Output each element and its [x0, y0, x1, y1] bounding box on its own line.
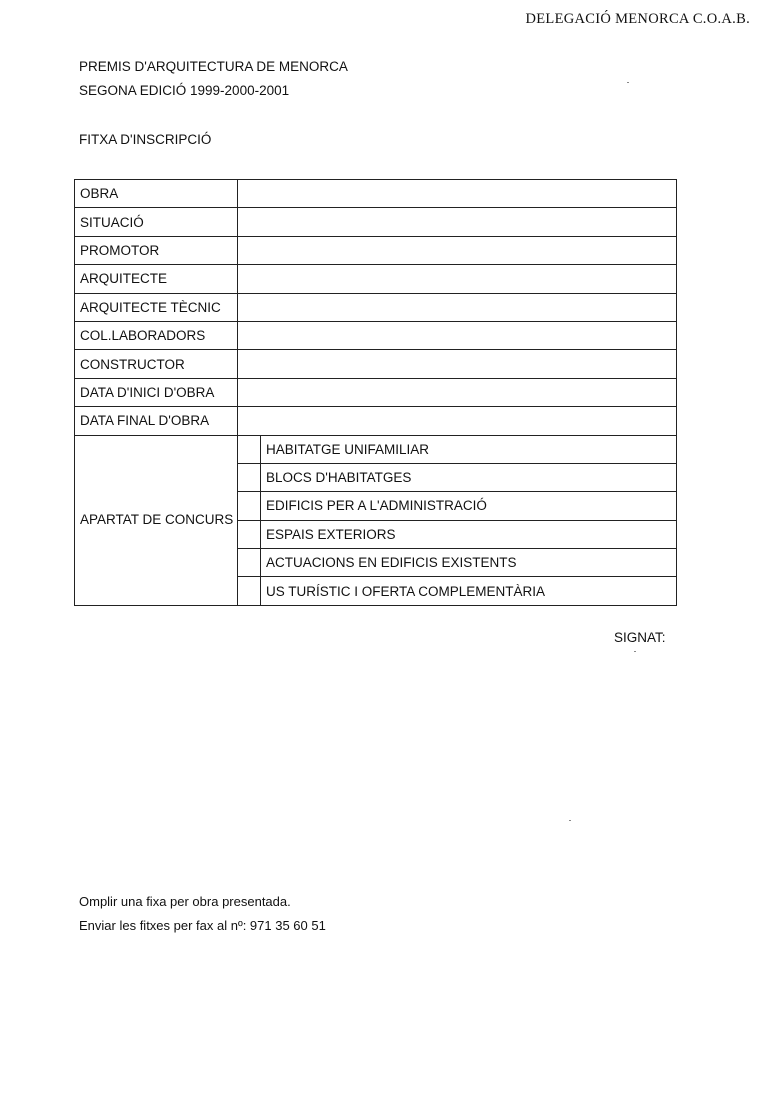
category-checkbox[interactable] [238, 463, 261, 491]
field-value-input[interactable] [238, 265, 677, 293]
category-option-label: BLOCS D'HABITATGES [261, 463, 677, 491]
category-checkbox[interactable] [238, 435, 261, 463]
form-row: DATA D'INICI D'OBRA [75, 378, 677, 406]
category-checkbox[interactable] [238, 492, 261, 520]
category-option-label: US TURÍSTIC I OFERTA COMPLEMENTÀRIA [261, 577, 677, 605]
form-row: DATA FINAL D'OBRA [75, 407, 677, 435]
field-label: DATA D'INICI D'OBRA [75, 378, 238, 406]
field-label: CONSTRUCTOR [75, 350, 238, 378]
form-row: CONSTRUCTOR [75, 350, 677, 378]
category-checkbox[interactable] [238, 577, 261, 605]
fax-instruction: Enviar les fitxes per fax al nº: 971 35 … [79, 918, 326, 933]
field-label: SITUACIÓ [75, 208, 238, 236]
scan-speck [569, 820, 571, 821]
field-value-input[interactable] [238, 350, 677, 378]
category-option-label: ACTUACIONS EN EDIFICIS EXISTENTS [261, 549, 677, 577]
category-checkbox[interactable] [238, 549, 261, 577]
form-row: PROMOTOR [75, 236, 677, 264]
category-checkbox[interactable] [238, 520, 261, 548]
field-label: PROMOTOR [75, 236, 238, 264]
form-row: SITUACIÓ [75, 208, 677, 236]
signature-label: SIGNAT: [614, 630, 666, 645]
field-label: COL.LABORADORS [75, 321, 238, 349]
category-option-row: APARTAT DE CONCURSHABITATGE UNIFAMILIAR [75, 435, 677, 463]
edition-subtitle: SEGONA EDICIÓ 1999-2000-2001 [79, 83, 289, 98]
field-value-input[interactable] [238, 321, 677, 349]
registration-form-table: OBRASITUACIÓPROMOTORARQUITECTEARQUITECTE… [74, 179, 677, 606]
field-value-input[interactable] [238, 236, 677, 264]
form-row: ARQUITECTE [75, 265, 677, 293]
organization-header: DELEGACIÓ MENORCA C.O.A.B. [526, 11, 751, 28]
field-value-input[interactable] [238, 378, 677, 406]
form-row: ARQUITECTE TÈCNIC [75, 293, 677, 321]
form-title: FITXA D'INSCRIPCIÓ [79, 132, 211, 147]
instruction-note: Omplir una fixa per obra presentada. [79, 894, 291, 909]
scan-speck [627, 82, 629, 83]
field-value-input[interactable] [238, 180, 677, 208]
field-value-input[interactable] [238, 407, 677, 435]
field-value-input[interactable] [238, 293, 677, 321]
field-label: OBRA [75, 180, 238, 208]
category-option-label: ESPAIS EXTERIORS [261, 520, 677, 548]
form-row: OBRA [75, 180, 677, 208]
category-group-label: APARTAT DE CONCURS [75, 435, 238, 605]
field-value-input[interactable] [238, 208, 677, 236]
award-title: PREMIS D'ARQUITECTURA DE MENORCA [79, 59, 348, 74]
category-option-label: HABITATGE UNIFAMILIAR [261, 435, 677, 463]
scan-speck [634, 651, 636, 652]
field-label: DATA FINAL D'OBRA [75, 407, 238, 435]
category-option-label: EDIFICIS PER A L'ADMINISTRACIÓ [261, 492, 677, 520]
field-label: ARQUITECTE [75, 265, 238, 293]
form-row: COL.LABORADORS [75, 321, 677, 349]
field-label: ARQUITECTE TÈCNIC [75, 293, 238, 321]
